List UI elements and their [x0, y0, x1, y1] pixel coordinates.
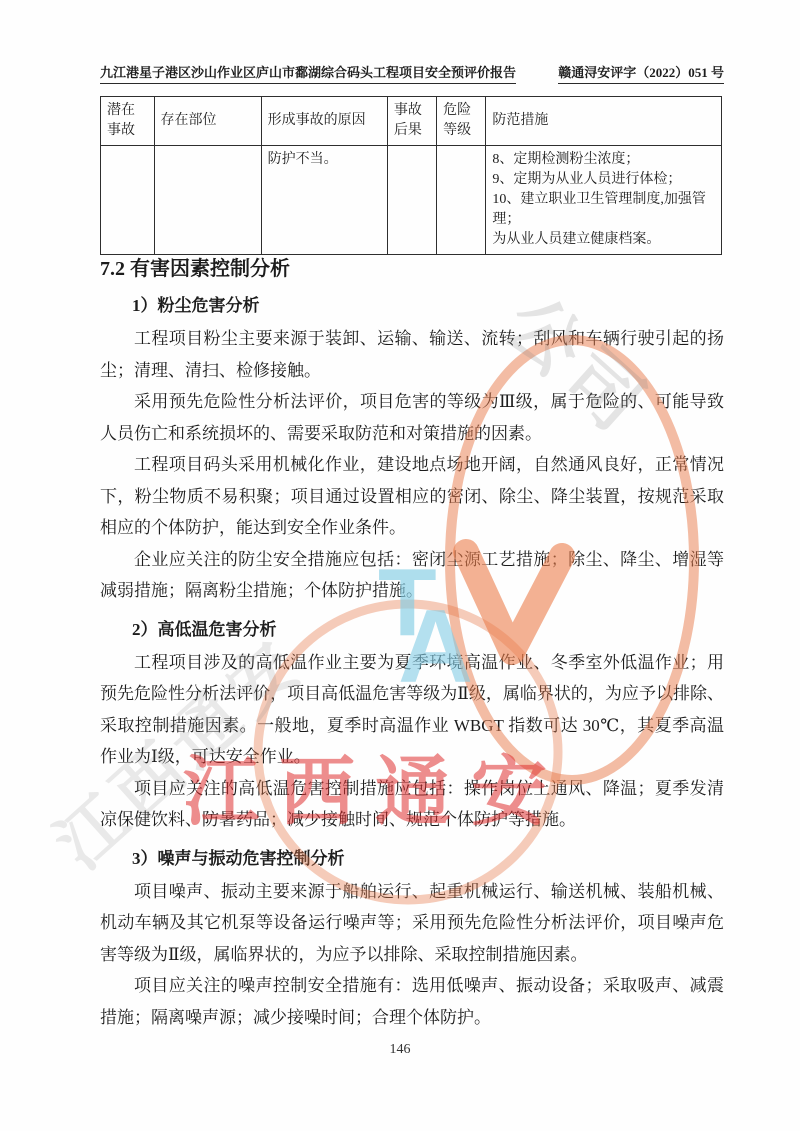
cell-risk-level	[437, 146, 486, 255]
hazard-analysis-table: 潜在事故 存在部位 形成事故的原因 事故后果 危险等级 防范措施 防护不当。 8…	[100, 96, 722, 255]
paragraph: 工程项目码头采用机械化作业，建设地点场地开阔，自然通风良好，正常情况下，粉尘物质…	[100, 449, 724, 544]
page-header: 九江港星子港区沙山作业区庐山市鄱湖综合码头工程项目安全预评价报告 赣通浔安评字（…	[100, 62, 724, 84]
cell-consequence	[387, 146, 436, 255]
header-document-number: 赣通浔安评字（2022）051 号	[558, 62, 724, 84]
subsection-heading-dust: 1）粉尘危害分析	[100, 291, 724, 316]
page-number: 146	[0, 1042, 800, 1058]
subsection-heading-temperature: 2）高低温危害分析	[100, 615, 724, 640]
col-header-risk-level: 危险等级	[437, 97, 486, 146]
table-header-row: 潜在事故 存在部位 形成事故的原因 事故后果 危险等级 防范措施	[101, 97, 722, 146]
header-report-title: 九江港星子港区沙山作业区庐山市鄱湖综合码头工程项目安全预评价报告	[100, 62, 516, 84]
measure-line: 10、建立职业卫生管理制度,加强管理；	[492, 190, 715, 230]
paragraph: 企业应关注的防尘安全措施应包括：密闭尘源工艺措施；除尘、降尘、增湿等减弱措施；隔…	[100, 544, 724, 607]
paragraph: 项目应关注的噪声控制安全措施有：选用低噪声、振动设备；采取吸声、减震措施；隔离噪…	[100, 970, 724, 1033]
subsection-heading-noise: 3）噪声与振动危害控制分析	[100, 844, 724, 869]
paragraph: 采用预先危险性分析法评价，项目危害的等级为Ⅲ级，属于危险的、可能导致人员伤亡和系…	[100, 386, 724, 449]
col-header-potential-accident: 潜在事故	[101, 97, 155, 146]
col-header-cause: 形成事故的原因	[261, 97, 387, 146]
measure-line: 8、定期检测粉尘浓度；	[492, 150, 715, 170]
cell-cause: 防护不当。	[261, 146, 387, 255]
paragraph: 项目应关注的高低温危害控制措施应包括：操作岗位上通风、降温；夏季发清凉保健饮料、…	[100, 773, 724, 836]
measure-line: 9、定期为从业人员进行体检；	[492, 170, 715, 190]
cell-potential-accident	[101, 146, 155, 255]
col-header-consequence: 事故后果	[387, 97, 436, 146]
paragraph: 工程项目粉尘主要来源于装卸、运输、输送、流转；刮风和车辆行驶引起的扬尘；清理、清…	[100, 323, 724, 386]
cell-location	[154, 146, 261, 255]
section-title: 7.2 有害因素控制分析	[100, 252, 724, 281]
col-header-measures: 防范措施	[486, 97, 722, 146]
col-header-location: 存在部位	[154, 97, 261, 146]
cell-measures: 8、定期检测粉尘浓度； 9、定期为从业人员进行体检； 10、建立职业卫生管理制度…	[486, 146, 722, 255]
paragraph: 工程项目涉及的高低温作业主要为夏季环境高温作业、冬季室外低温作业；用预先危险性分…	[100, 647, 724, 773]
table-row: 防护不当。 8、定期检测粉尘浓度； 9、定期为从业人员进行体检； 10、建立职业…	[101, 146, 722, 255]
paragraph: 项目噪声、振动主要来源于船舶运行、起重机械运行、输送机械、装船机械、机动车辆及其…	[100, 876, 724, 971]
document-body: 7.2 有害因素控制分析 1）粉尘危害分析 工程项目粉尘主要来源于装卸、运输、输…	[100, 240, 724, 1033]
report-page: 九江港星子港区沙山作业区庐山市鄱湖综合码头工程项目安全预评价报告 赣通浔安评字（…	[0, 0, 800, 1131]
